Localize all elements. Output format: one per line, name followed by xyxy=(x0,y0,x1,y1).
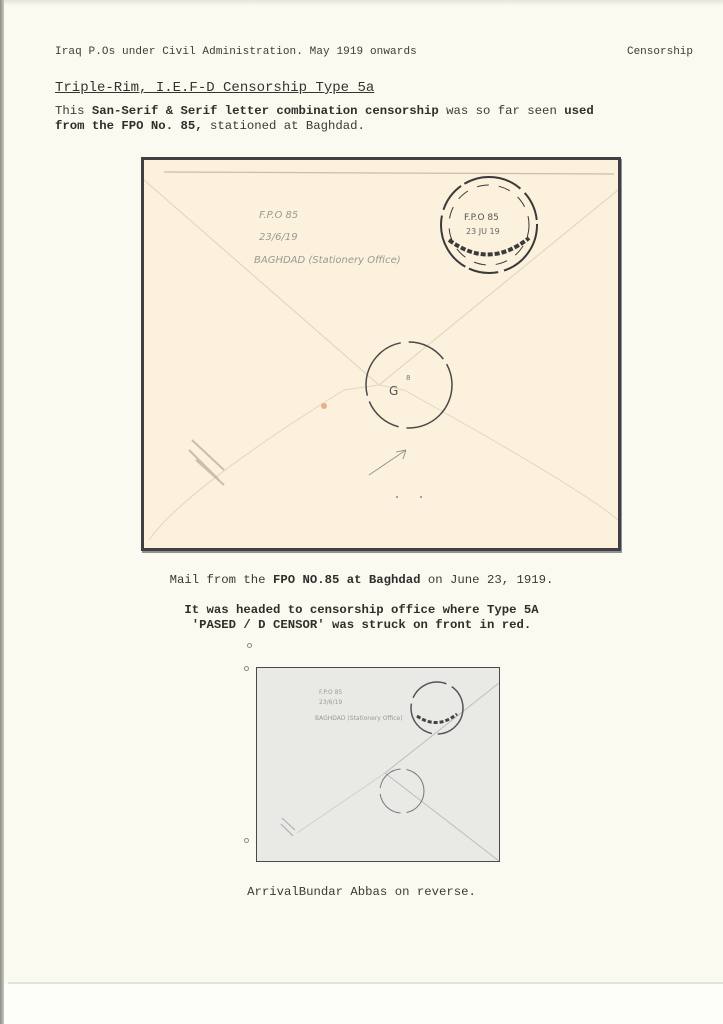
page-left-edge xyxy=(0,0,4,1024)
thumbnail-drawing: F.P.O 85 23/6/19 BAGHDAD (Stationery Off… xyxy=(257,668,499,861)
caption-mail-text-1: Mail from the xyxy=(170,573,273,587)
page-header-topic: Iraq P.Os under Civil Administration. Ma… xyxy=(55,46,417,58)
svg-text:BAGHDAD (Stationery Office): BAGHDAD (Stationery Office) xyxy=(315,715,403,722)
fpo-postmark: F.P.O 85 23 JU 19 xyxy=(441,177,537,273)
intro-text-2: was so far seen xyxy=(439,104,564,118)
cover-thumbnail-image: F.P.O 85 23/6/19 BAGHDAD (Stationery Off… xyxy=(256,667,500,862)
page-top-shadow xyxy=(4,0,723,6)
caption-mail-text-2: on June 23, 1919. xyxy=(421,573,554,587)
svg-text:8: 8 xyxy=(406,374,410,382)
svg-text:23 JU 19: 23 JU 19 xyxy=(466,227,500,236)
page-title: Triple-Rim, I.E.F-D Censorship Type 5a xyxy=(55,80,374,96)
svg-text:F.P.O 85: F.P.O 85 xyxy=(464,213,499,223)
envelope-reverse-drawing: F.P.O 85 23 JU 19 G 8 xyxy=(144,160,618,548)
caption-arrival: ArrivalBundar Abbas on reverse. xyxy=(0,885,723,899)
margin-mark xyxy=(247,643,252,648)
intro-text-1: This xyxy=(55,104,92,118)
caption-censor-line-1: It was headed to censorship office where… xyxy=(0,603,723,618)
intro-bold-2: used xyxy=(564,104,594,118)
intro-bold-3: from the FPO No. 85, xyxy=(55,119,203,133)
margin-mark xyxy=(244,666,249,671)
intro-paragraph: This San-Serif & Serif letter combinatio… xyxy=(55,104,705,134)
intro-bold-1: San-Serif & Serif letter combination cen… xyxy=(92,104,439,118)
pencil-note-place: BAGHDAD (Stationery Office) xyxy=(254,253,401,269)
svg-text:G: G xyxy=(389,384,398,398)
svg-text:23/6/19: 23/6/19 xyxy=(319,699,342,706)
caption-mail: Mail from the FPO NO.85 at Baghdad on Ju… xyxy=(0,573,723,587)
caption-mail-bold: FPO NO.85 at Baghdad xyxy=(273,573,421,587)
svg-text:F.P.O 85: F.P.O 85 xyxy=(319,689,342,696)
caption-censor-line-2: 'PASED / D CENSOR' was struck on front i… xyxy=(0,618,723,633)
caption-censor: It was headed to censorship office where… xyxy=(0,603,723,633)
pencil-note-fpo: F.P.O 85 xyxy=(259,208,298,224)
background-sheet xyxy=(4,984,723,1024)
page-header-section: Censorship xyxy=(627,46,693,58)
margin-mark xyxy=(244,838,249,843)
cover-image: F.P.O 85 23 JU 19 G 8 F.P.O 85 23/6/19 B… xyxy=(141,157,621,551)
intro-text-3: stationed at Baghdad. xyxy=(203,119,365,133)
pencil-note-date: 23/6/19 xyxy=(259,230,298,246)
